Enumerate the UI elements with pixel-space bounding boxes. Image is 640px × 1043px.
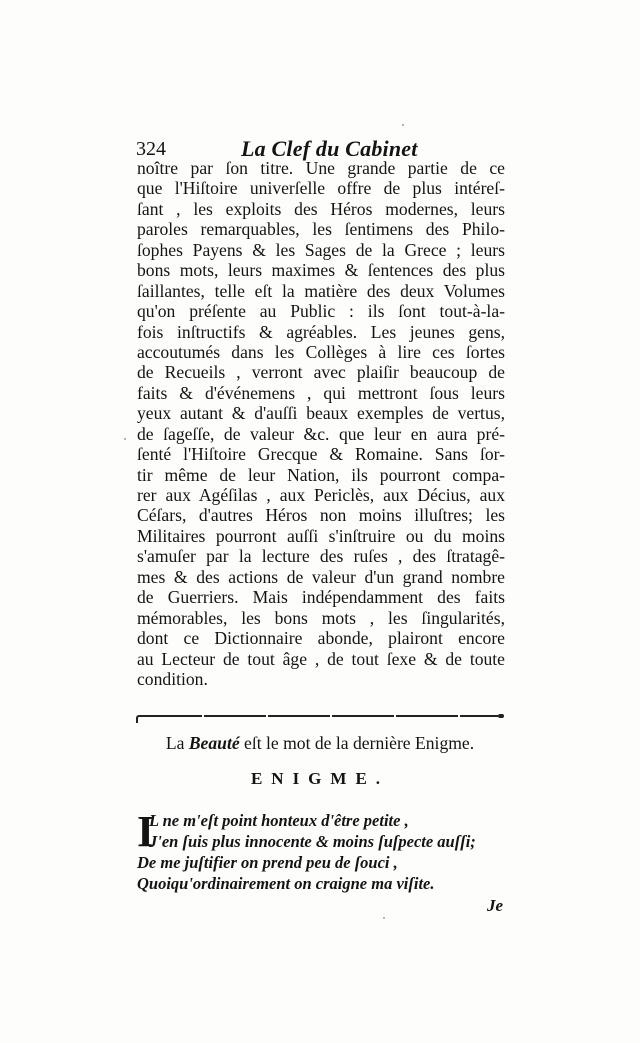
verse-line: J'en ſuis plus innocente & moins ſuſpect…	[137, 831, 517, 852]
text-line: qu'on préſente au Public : ils ſont tout…	[137, 301, 505, 321]
text-line: tir même de leur Nation, ils pourront co…	[137, 465, 505, 485]
ornamental-rule	[136, 713, 504, 721]
verse-line: L ne m'eſt point honteux d'être petite ,	[137, 810, 517, 831]
catchword: Je	[487, 896, 503, 916]
text-line: Céſars, d'autres Héros non moins illuſtr…	[137, 505, 505, 525]
text-line: noître par ſon titre. Une grande partie …	[137, 158, 505, 178]
verse-line: De me juſtifier on prend peu de ſouci ,	[137, 852, 517, 873]
text-line: faits & d'événemens , qui mettront ſous …	[137, 383, 505, 403]
section-heading: ENIGME.	[136, 769, 504, 789]
text-line: ſophes Payens & les Sages de la Grece ; …	[137, 240, 505, 260]
text-line: au Lecteur de tout âge , de tout ſexe & …	[137, 649, 505, 669]
solution-word: Beauté	[189, 733, 240, 753]
text-line: mes & des actions de valeur d'un grand n…	[137, 567, 505, 587]
body-paragraph: noître par ſon titre. Une grande partie …	[137, 158, 505, 689]
text-line: ſenté l'Hiſtoire Grecque & Romaine. Sans…	[137, 444, 505, 464]
text-line: que l'Hiſtoire univerſelle offre de plus…	[137, 178, 505, 198]
text-line: rer aux Agéſilas , aux Periclès, aux Déc…	[137, 485, 505, 505]
text-line: ſant , les exploits des Héros modernes, …	[137, 199, 505, 219]
text-line: ſaillantes, telle eſt la matière des deu…	[137, 281, 505, 301]
text-line: condition.	[137, 669, 505, 689]
text-line: de Recueils , verront avec plaiſir beauc…	[137, 362, 505, 382]
solution-suffix: eſt le mot de la dernière Enigme.	[240, 733, 475, 753]
text-line: mémorables, les bons mots , les ſingular…	[137, 608, 505, 628]
paper-speck	[402, 124, 404, 126]
enigma-verse: I L ne m'eſt point honteux d'être petite…	[137, 810, 517, 894]
rule-end-right	[498, 714, 504, 718]
text-line: dont ce Dictionnaire abonde, plairont en…	[137, 628, 505, 648]
text-line: Militaires pourront auſſi s'inſtruire ou…	[137, 526, 505, 546]
paper-speck	[383, 917, 385, 919]
solution-prefix: La	[166, 733, 189, 753]
drop-cap: I	[137, 812, 154, 852]
text-line: fois inſtructifs & agréables. Les jeunes…	[137, 322, 505, 342]
text-line: de Guerriers. Mais indépendamment des fa…	[137, 587, 505, 607]
previous-enigma-solution: La Beauté eſt le mot de la dernière Enig…	[136, 733, 504, 754]
text-line: bons mots, leurs maximes & ſentences des…	[137, 260, 505, 280]
paper-speck	[124, 438, 126, 440]
text-line: yeux autant & d'auſſi beaux exemples de …	[137, 403, 505, 423]
text-line: s'amuſer par la lecture des ruſes , des …	[137, 546, 505, 566]
text-line: de ſageſſe, de valeur &c. que leur en au…	[137, 424, 505, 444]
text-line: paroles remarquables, les ſentimens des …	[137, 219, 505, 239]
book-page: 324 La Clef du Cabinet noître par ſon ti…	[0, 0, 640, 1043]
verse-line: Quoiqu'ordinairement on craigne ma viſit…	[137, 873, 517, 894]
rule-bar	[140, 715, 498, 717]
text-line: accoutumés dans les Collèges à lire ces …	[137, 342, 505, 362]
